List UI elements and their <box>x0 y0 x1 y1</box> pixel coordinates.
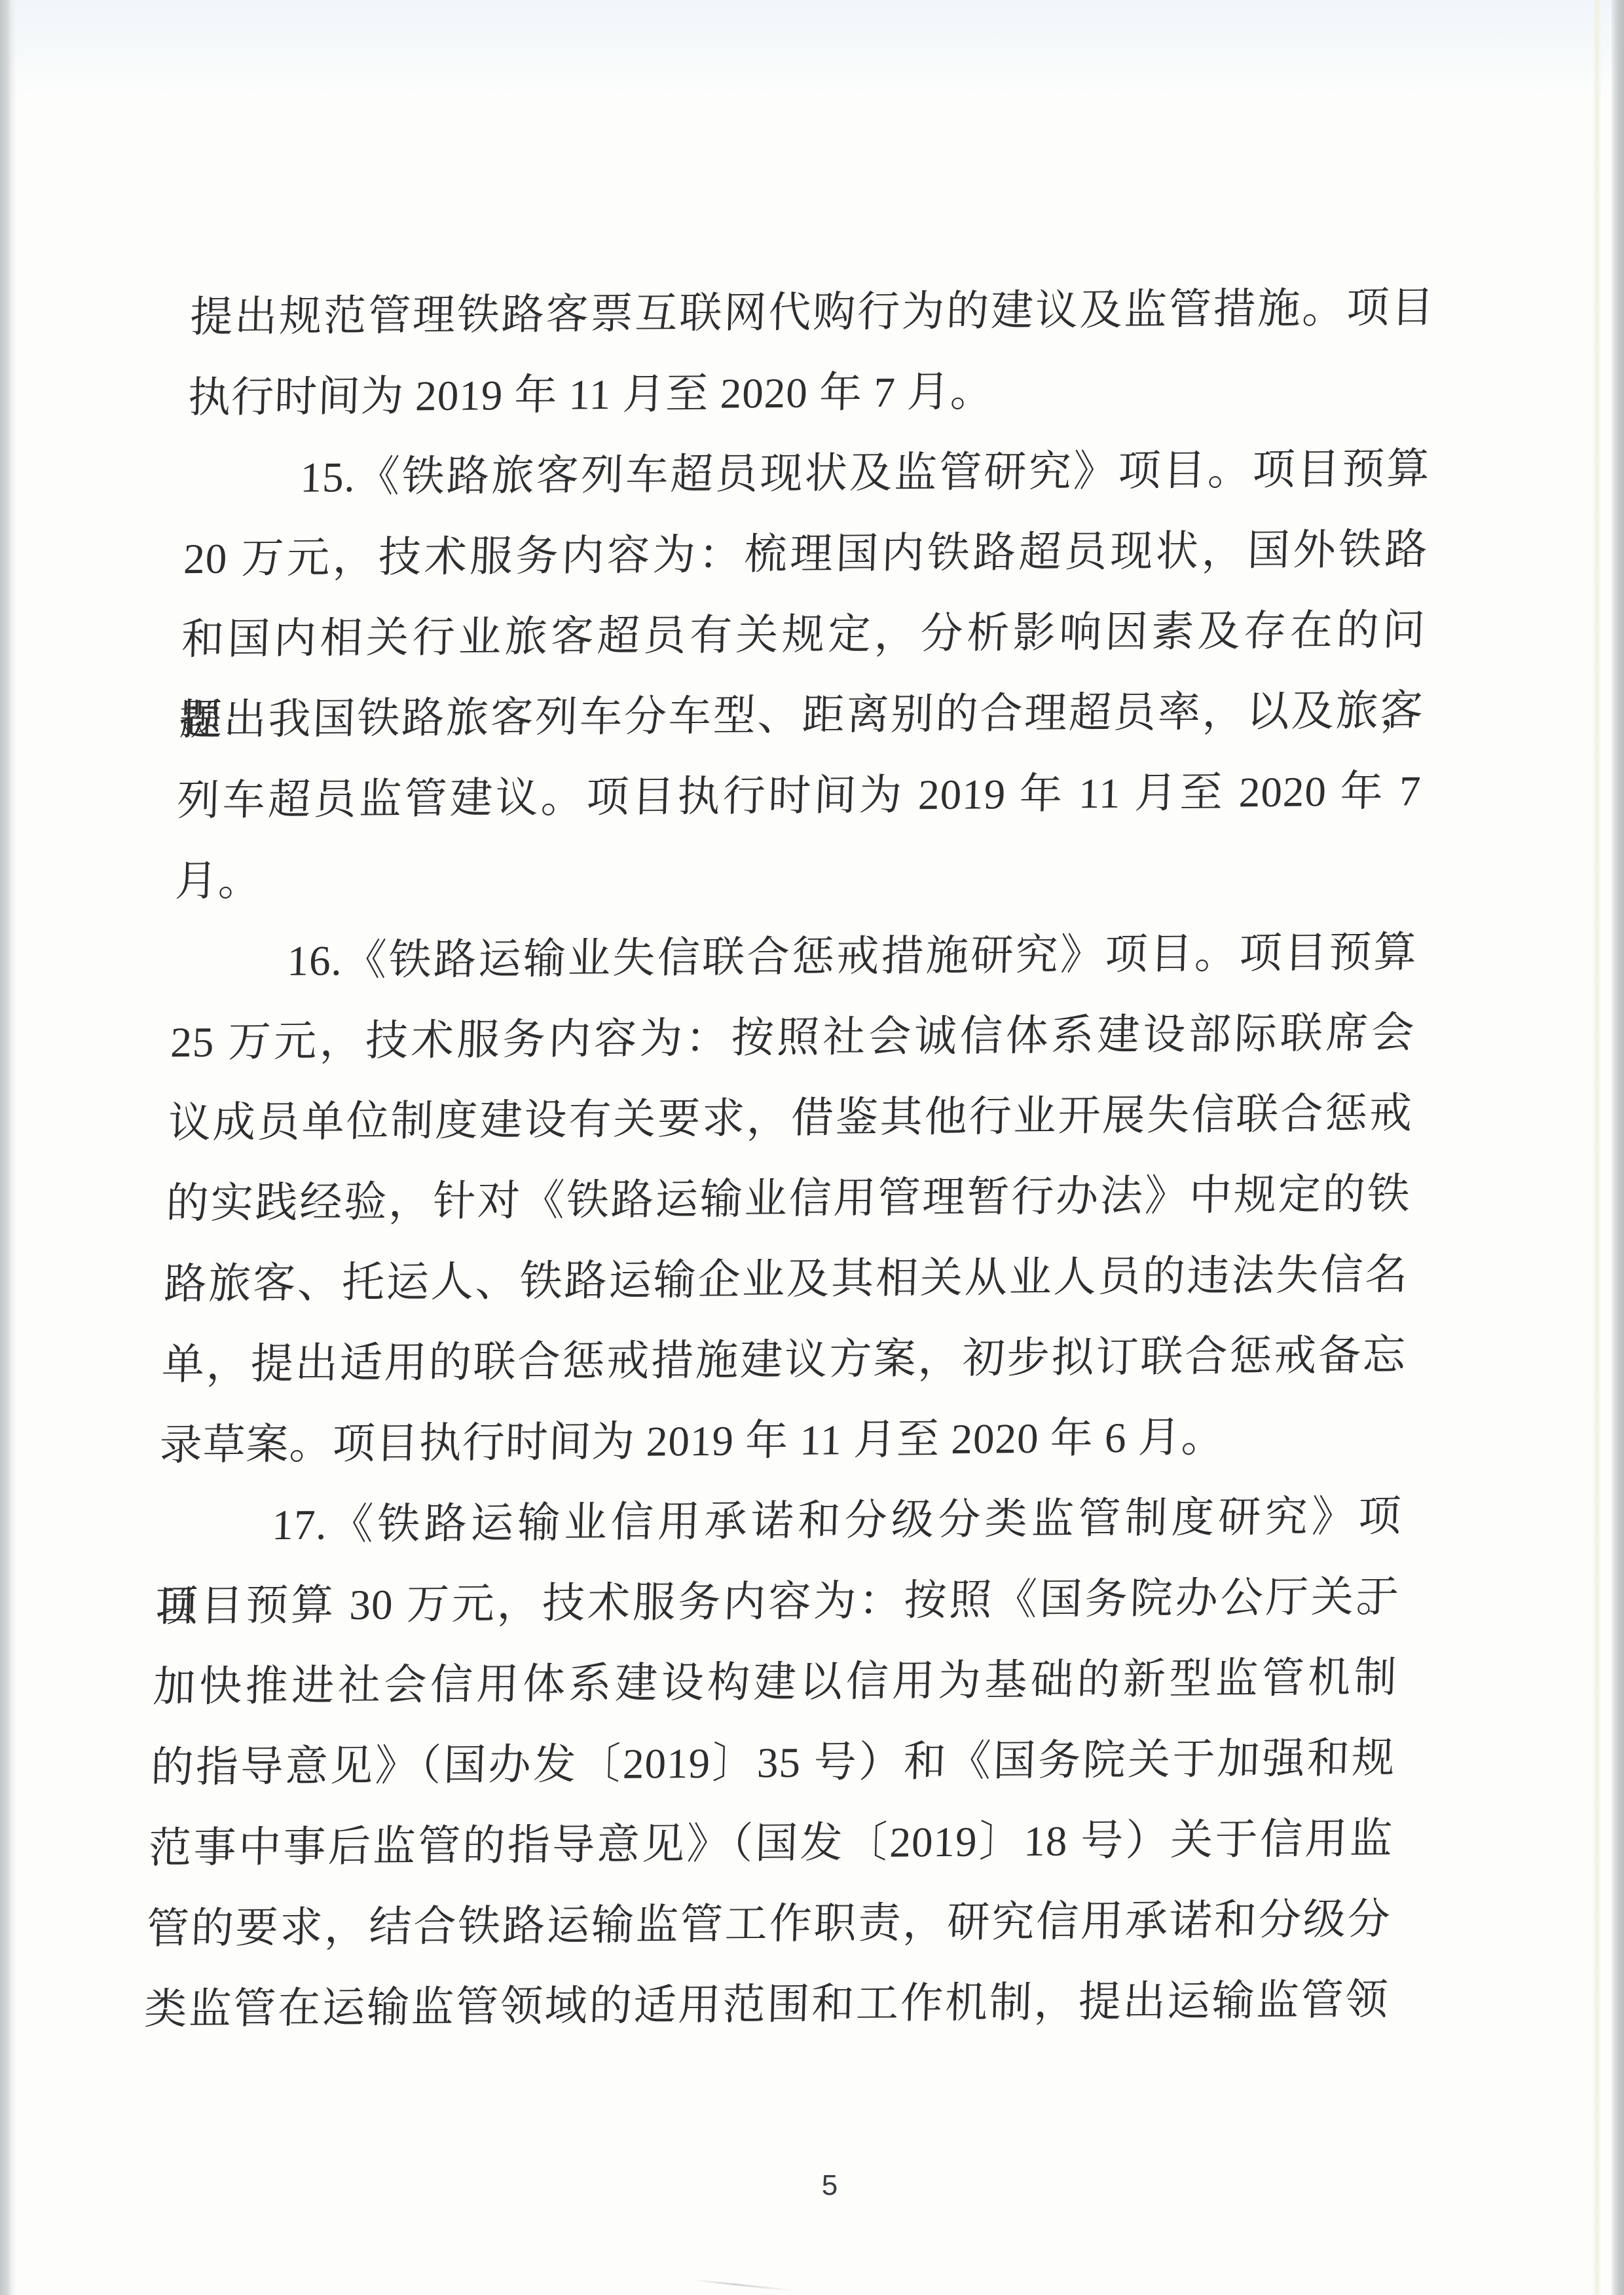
text-line: 月。 <box>174 832 1420 922</box>
scan-left-edge-shadow <box>0 0 17 2295</box>
text-line: 提出我国铁路旅客列车分车型、距离别的合理超员率，以及旅客 <box>178 671 1424 761</box>
scan-right-crease-line <box>1593 0 1601 2295</box>
text-line: 15.《铁路旅客列车超员现状及监管研究》项目。项目预算 <box>185 429 1431 519</box>
text-line: 录草案。项目执行时间为 2019 年 11 月至 2020 年 6 月。 <box>158 1396 1405 1486</box>
text-line: 和国内相关行业旅客超员有关规定，分析影响因素及存在的问题， <box>180 590 1426 681</box>
scan-bottom-streak <box>693 2279 797 2292</box>
page-number: 5 <box>35 2169 1624 2202</box>
text-line: 提出规范管理铁路客票互联网代购行为的建议及监管措施。项目 <box>189 268 1435 358</box>
text-line: 25 万元，技术服务内容为：按照社会诚信体系建设部际联席会 <box>170 993 1416 1083</box>
text-line: 范事中事后监管的指导意见》（国发〔2019〕18 号）关于信用监 <box>147 1799 1393 1890</box>
scanned-document-page: 提出规范管理铁路客票互联网代购行为的建议及监管措施。项目执行时间为 2019 年… <box>0 0 1624 2295</box>
text-line: 执行时间为 2019 年 11 月至 2020 年 7 月。 <box>187 348 1433 439</box>
text-line: 路旅客、托运人、铁路运输企业及其相关从业人员的违法失信名 <box>163 1235 1409 1325</box>
text-line: 项目预算 30 万元，技术服务内容为：按照《国务院办公厅关于 <box>154 1558 1400 1648</box>
text-line: 类监管在运输监管领域的适用范围和工作机制，提出运输监管领 <box>143 1960 1390 2051</box>
text-line: 20 万元，技术服务内容为：梳理国内铁路超员现状，国外铁路 <box>183 510 1429 600</box>
text-line: 的指导意见》（国办发〔2019〕35 号）和《国务院关于加强和规 <box>150 1719 1396 1809</box>
text-line: 单，提出适用的联合惩戒措施建议方案，初步拟订联合惩戒备忘 <box>160 1315 1407 1406</box>
text-line: 16.《铁路运输业失信联合惩戒措施研究》项目。项目预算 <box>172 912 1418 1003</box>
scan-top-tint <box>0 0 1624 98</box>
text-line: 的实践经验，针对《铁路运输业信用管理暂行办法》中规定的铁 <box>165 1154 1411 1244</box>
text-line: 管的要求，结合铁路运输监管工作职责，研究信用承诺和分级分 <box>145 1880 1392 1970</box>
document-text-block: 提出规范管理铁路客票互联网代购行为的建议及监管措施。项目执行时间为 2019 年… <box>143 268 1435 2051</box>
text-line: 加快推进社会信用体系建设构建以信用为基础的新型监管机制 <box>152 1638 1398 1728</box>
text-line: 列车超员监管建议。项目执行时间为 2019 年 11 月至 2020 年 7 <box>176 751 1422 842</box>
scan-right-edge-shadow <box>1612 0 1624 2295</box>
text-line: 17.《铁路运输业信用承诺和分级分类监管制度研究》项目。 <box>157 1477 1403 1567</box>
text-line: 议成员单位制度建设有关要求，借鉴其他行业开展失信联合惩戒 <box>167 1073 1413 1164</box>
